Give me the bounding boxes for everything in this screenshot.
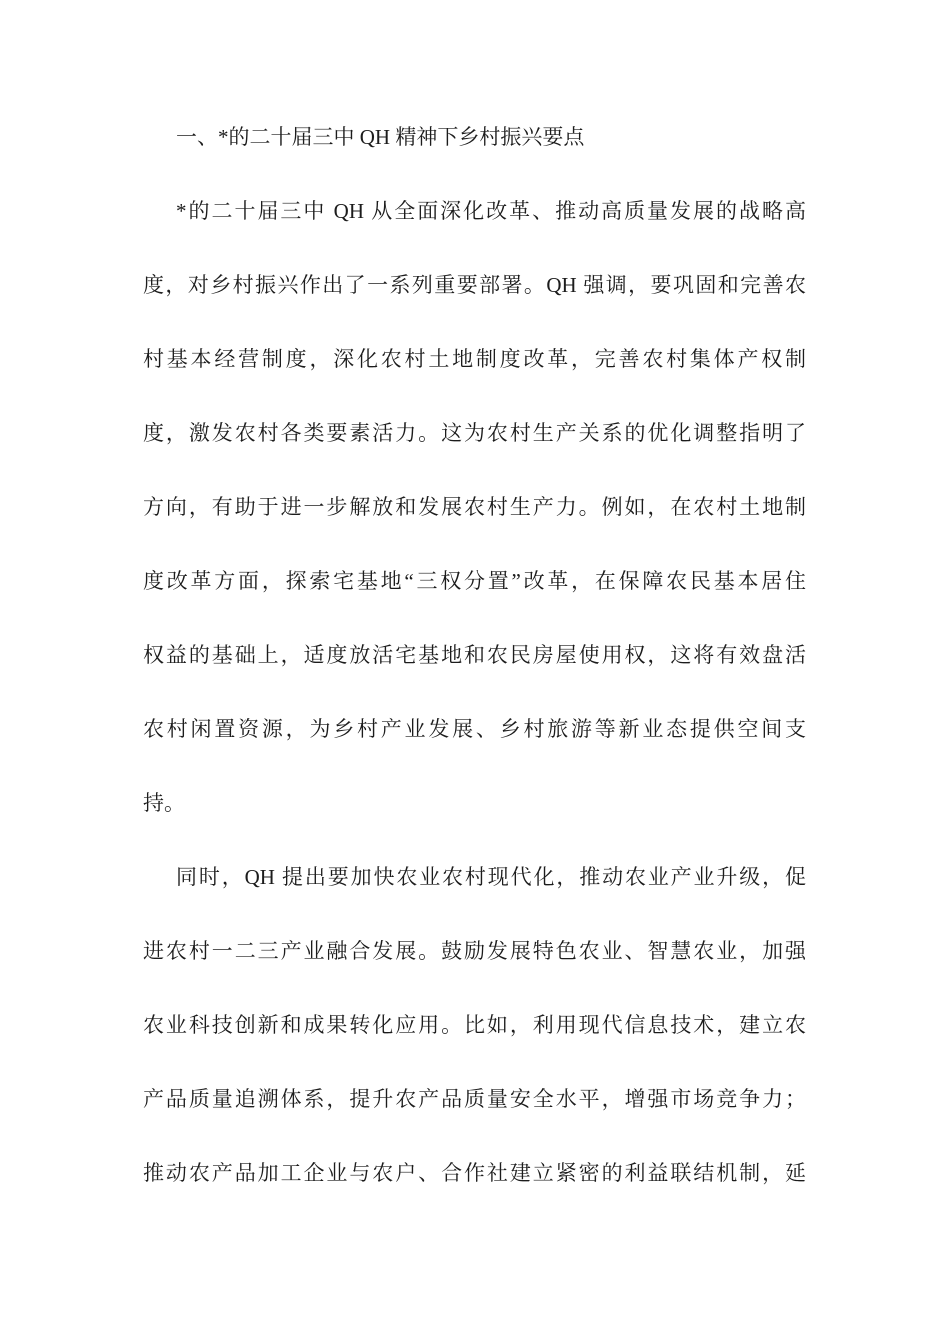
text-line: 度，对乡村振兴作出了一系列重要部署。QH 强调，要巩固和完善农 <box>143 248 806 322</box>
text-line: 村基本经营制度，深化农村土地制度改革，完善农村集体产权制 <box>143 322 806 396</box>
text-line: 同时，QH 提出要加快农业农村现代化，推动农业产业升级，促 <box>143 840 806 914</box>
text-line: 度改革方面，探索宅基地“三权分置”改革，在保障农民基本居住 <box>143 544 806 618</box>
text-line: 方向，有助于进一步解放和发展农村生产力。例如，在农村土地制 <box>143 470 806 544</box>
text-line: 权益的基础上，适度放活宅基地和农民房屋使用权，这将有效盘活 <box>143 618 806 692</box>
text-line: 推动农产品加工企业与农户、合作社建立紧密的利益联结机制，延 <box>143 1136 806 1210</box>
document-page: 一、*的二十届三中 QH 精神下乡村振兴要点 *的二十届三中 QH 从全面深化改… <box>0 0 950 1344</box>
text-line: 农业科技创新和成果转化应用。比如，利用现代信息技术，建立农 <box>143 988 806 1062</box>
text-line: 进农村一二三产业融合发展。鼓励发展特色农业、智慧农业，加强 <box>143 914 806 988</box>
text-line: 度，激发农村各类要素活力。这为农村生产关系的优化调整指明了 <box>143 396 806 470</box>
text-block: 一、*的二十届三中 QH 精神下乡村振兴要点 *的二十届三中 QH 从全面深化改… <box>143 100 806 1210</box>
text-line: 产品质量追溯体系，提升农产品质量安全水平，增强市场竞争力； <box>143 1062 806 1136</box>
section-heading: 一、*的二十届三中 QH 精神下乡村振兴要点 <box>143 100 806 174</box>
text-line: 持。 <box>143 766 806 840</box>
text-line: 农村闲置资源，为乡村产业发展、乡村旅游等新业态提供空间支 <box>143 692 806 766</box>
text-line: *的二十届三中 QH 从全面深化改革、推动高质量发展的战略高 <box>143 174 806 248</box>
